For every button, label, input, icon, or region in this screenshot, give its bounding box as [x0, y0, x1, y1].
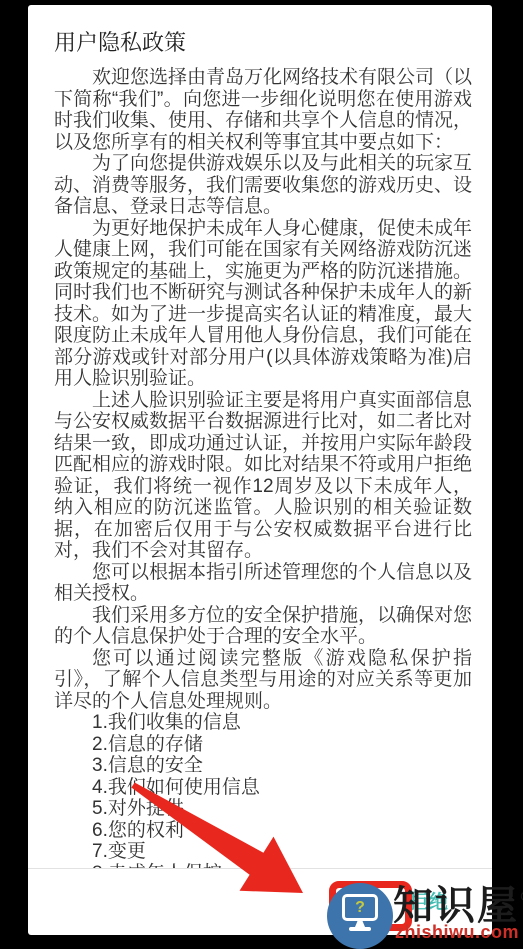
policy-toc: 1.我们收集的信息2.信息的存储3.信息的安全4.我们如何使用信息5.对外提供6… [54, 712, 472, 868]
policy-scroll-area[interactable]: 用户隐私政策 欢迎您选择由青岛万化网络技术有限公司（以下简称“我们”。向您进一步… [28, 5, 492, 868]
registered-mark: ® [519, 890, 523, 905]
toc-item: 7.变更 [54, 841, 472, 863]
toc-item: 3.信息的安全 [54, 755, 472, 777]
watermark-logo: ? [327, 883, 393, 949]
monitor-base-icon [349, 927, 371, 931]
dialog-title: 用户隐私政策 [54, 30, 472, 56]
phone-screen: 用户隐私政策 欢迎您选择由青岛万化网络技术有限公司（以下简称“我们”。向您进一步… [0, 0, 523, 949]
toc-item: 6.您的权利 [54, 820, 472, 842]
policy-paragraph: 为了向您提供游戏娱乐以及与此相关的玩家互动、消费等服务，我们需要收集您的游戏历史… [54, 153, 472, 218]
toc-item: 1.我们收集的信息 [54, 712, 472, 734]
policy-paragraph: 您可以通过阅读完整版《游戏隐私保护指引》，了解个人信息类型与用途的对应关系等更加… [54, 648, 472, 713]
policy-paragraph: 欢迎您选择由青岛万化网络技术有限公司（以下简称“我们”。向您进一步细化说明您在使… [54, 67, 472, 153]
monitor-icon: ? [342, 894, 378, 921]
toc-item: 4.我们如何使用信息 [54, 777, 472, 799]
policy-paragraph: 上述人脸识别验证主要是将用户真实面部信息与公安权威数据平台数据源进行比对，如二者… [54, 390, 472, 562]
policy-paragraph: 您可以根据本指引所述管理您的个人信息以及相关授权。 [54, 562, 472, 605]
toc-item: 2.信息的存储 [54, 734, 472, 756]
toc-item: 5.对外提供 [54, 798, 472, 820]
policy-paragraph: 为更好地保护未成年人身心健康，促使未成年人健康上网，我们可能在国家有关网络游戏防… [54, 218, 472, 390]
site-watermark: zhishiwu.com [395, 922, 519, 943]
policy-text: 欢迎您选择由青岛万化网络技术有限公司（以下简称“我们”。向您进一步细化说明您在使… [54, 67, 472, 712]
question-mark-icon: ? [345, 897, 375, 918]
footer-divider [28, 868, 492, 869]
brand-watermark: 知识屋® [393, 876, 523, 928]
policy-paragraph: 我们采用多方位的安全保护措施，以确保对您的个人信息保护处于合理的安全水平。 [54, 605, 472, 648]
